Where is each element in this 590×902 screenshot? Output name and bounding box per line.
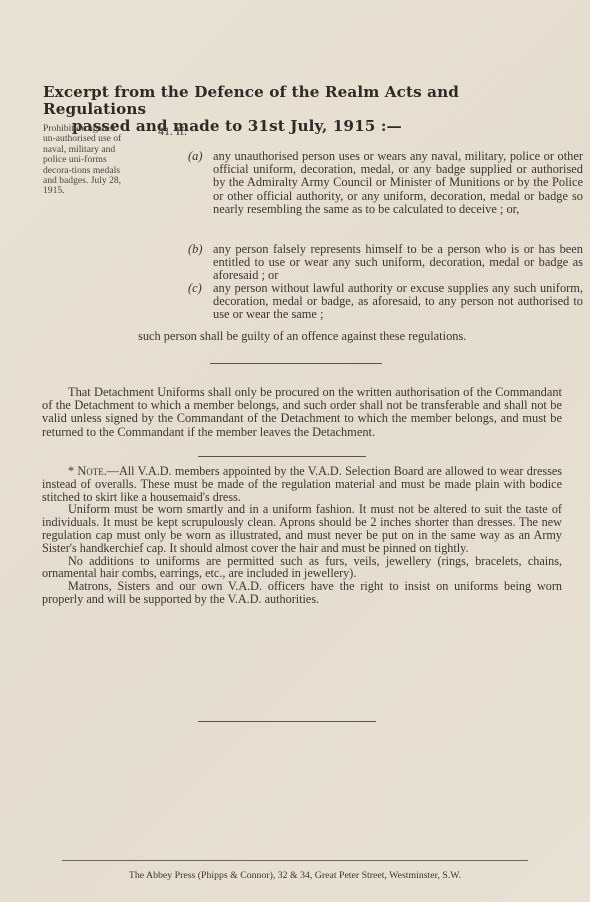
detachment-paragraph: That Detachment Uniforms shall only be p…: [42, 386, 562, 439]
clause-label: (a): [188, 150, 213, 163]
clause-text: any person falsely represents himself to…: [213, 242, 583, 282]
note-text: —All V.A.D. members appointed by the V.A…: [42, 464, 562, 504]
divider-rule: [198, 456, 366, 457]
title-line-1: Excerpt from the Defence of the Realm Ac…: [43, 83, 459, 118]
clause-label: (b): [188, 243, 213, 256]
note-paragraph: * Note.—All V.A.D. members appointed by …: [42, 465, 562, 503]
clause-text: any unauthorised person uses or wears an…: [213, 149, 583, 216]
divider-rule: [198, 721, 376, 722]
regulation-number: 41. If.: [158, 124, 187, 139]
note-paragraph: No additions to uniforms are permitted s…: [42, 555, 562, 581]
regulation-conclusion: such person shall be guilty of an offenc…: [138, 329, 466, 344]
document-page: Excerpt from the Defence of the Realm Ac…: [0, 0, 590, 902]
margin-note: Prohibition against un-authorised use of…: [43, 124, 128, 197]
printer-imprint: The Abbey Press (Phipps & Connor), 32 & …: [0, 870, 590, 881]
clause-label: (c): [188, 282, 213, 295]
clause-a: (a)any unauthorised person uses or wears…: [188, 150, 583, 216]
vad-note: * Note.—All V.A.D. members appointed by …: [42, 465, 562, 606]
clause-b: (b)any person falsely represents himself…: [188, 243, 583, 283]
divider-rule: [210, 363, 382, 364]
clause-c: (c)any person without lawful authority o…: [188, 282, 583, 322]
footer-rule: [62, 860, 528, 861]
clause-text: any person without lawful authority or e…: [213, 281, 583, 321]
note-paragraph: Matrons, Sisters and our own V.A.D. offi…: [42, 580, 562, 606]
note-paragraph: Uniform must be worn smartly and in a un…: [42, 503, 562, 554]
